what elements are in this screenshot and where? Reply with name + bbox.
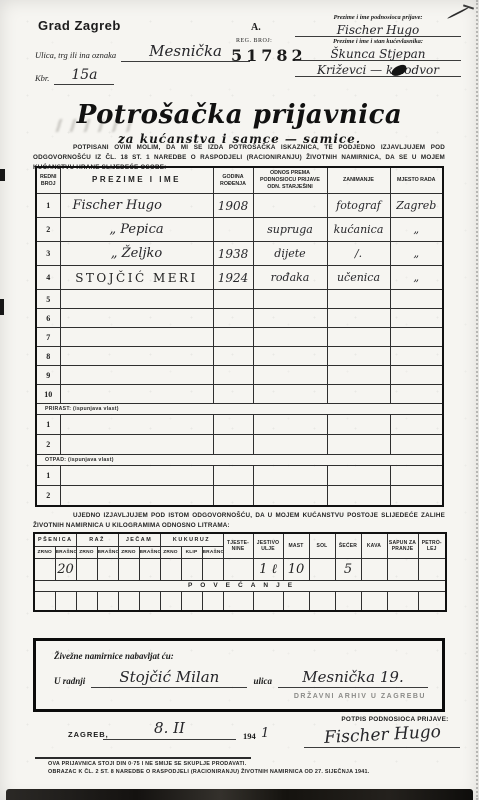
supplier-line1: Živežne namirnice nabavljat ću:	[54, 651, 174, 661]
increase-band: POVEĆANJE	[34, 580, 446, 591]
house-number-value: 15a	[71, 67, 97, 83]
table-row: 2	[36, 435, 443, 455]
supplier-street-value: Mesnička 19.	[302, 668, 403, 686]
scan-edge-mark	[0, 169, 5, 181]
supplier-street-label: ulica	[253, 676, 272, 688]
city-heading: Grad Zagreb	[38, 18, 121, 33]
supplier-street-field: Mesnička 19.	[278, 667, 428, 688]
col-kava: KAVA	[361, 533, 387, 558]
street-value: Mesnička	[149, 42, 222, 60]
table-row: 2 „ Pepica supruga kućanica „	[36, 218, 443, 242]
table-row: 3 „ Željko 1938 dijete /. „	[36, 242, 443, 266]
table-row: 8	[36, 347, 443, 366]
col-jestivo-ulje: JESTIVO ULJE	[253, 533, 283, 558]
applicant-name: Fischer Hugo	[337, 23, 420, 37]
table-row: 7	[36, 328, 443, 347]
col-group-raz: RAŽ	[76, 533, 118, 546]
col-header-birth-year: GODINA ROĐENJA	[213, 167, 253, 194]
landlord-address-field: Križevci — kolodvor	[295, 61, 461, 77]
supplier-box: Živežne namirnice nabavljat ću: U radnji…	[33, 638, 445, 712]
series-letter: A.	[251, 22, 261, 33]
shop-field: Stojčić Milan	[91, 667, 247, 688]
applicant-label: Prezime i ime podnosioca prijave:	[295, 14, 461, 21]
increase-label: POVEĆANJE	[34, 580, 446, 591]
date-value: 8. II	[154, 719, 185, 737]
otpad-band: OTPAD: (ispunjava vlast)	[36, 455, 443, 466]
col-header-workplace: MJESTO RADA	[390, 167, 443, 194]
table-row: 1 Fischer Hugo 1908 fotograf Zagreb	[36, 194, 443, 218]
signature-field: Fischer Hugo	[304, 720, 460, 748]
supplier-line2: U radnji Stojčić Milan ulica Mesnička 19…	[54, 667, 428, 688]
form-title: Potrošačka prijavnica	[0, 100, 479, 130]
landlord-name: Škunca Stjepan	[330, 47, 425, 61]
stock-values-row: 20 1 ℓ 10 5	[34, 558, 446, 580]
year-prefix: 194	[243, 731, 256, 741]
prirast-label: PRIRAST: (ispunjava vlast)	[36, 404, 443, 415]
scan-edge-mark	[0, 299, 4, 315]
col-tjestenine: TJESTE-NINE	[223, 533, 253, 558]
landlord-name-field: Škunca Stjepan	[295, 45, 461, 61]
shop-value: Stojčić Milan	[119, 668, 219, 686]
table-row: 10	[36, 385, 443, 404]
street-line: Ulica, trg ili ina oznaka Mesnička	[35, 43, 250, 62]
col-group-jecam: JEČAM	[118, 533, 160, 546]
date-field: 8. II	[103, 716, 236, 740]
table-row: 6	[36, 309, 443, 328]
col-header-occupation: ZANIMANJE	[327, 167, 390, 194]
col-header-name: PREZIME I IME	[60, 167, 213, 194]
archive-stamp: DRŽAVNI ARHIV U ZAGREBU	[294, 693, 426, 700]
col-header-relation: ODNOS PREMA PODNOSIOCU PRIJAVE ODN. STAR…	[253, 167, 327, 194]
col-header-num: REDNI BROJ	[36, 167, 60, 194]
landlord-label: Prezime i ime i stan kućevlasnika:	[295, 38, 461, 45]
stock-table: PŠENICA RAŽ JEČAM KUKURUZ TJESTE-NINE JE…	[33, 532, 447, 612]
footnote-2: OBRAZAC K ČL. 2 ST. 8 NAREDBE O RASPODJE…	[48, 769, 370, 775]
footnote-1: OVA PRIJAVNICA STOJI DIN 0·75 I NE SMIJE…	[48, 761, 246, 767]
col-sol: SOL	[309, 533, 335, 558]
reg-number-label: REG. BROJ:	[236, 38, 272, 44]
col-mast: MAST	[283, 533, 309, 558]
header-right-block: Prezime i ime podnosioca prijave: Fische…	[295, 13, 461, 77]
year-digit: 1	[261, 726, 269, 741]
table-row: 9	[36, 366, 443, 385]
otpad-label: OTPAD: (ispunjava vlast)	[36, 455, 443, 466]
col-group-kukuruz: KUKURUZ	[160, 533, 223, 546]
prirast-band: PRIRAST: (ispunjava vlast)	[36, 404, 443, 415]
stock-empty-row	[34, 591, 446, 611]
stock-header-groups: PŠENICA RAŽ JEČAM KUKURUZ TJESTE-NINE JE…	[34, 533, 446, 546]
table-row: 1	[36, 415, 443, 435]
footnote-rule	[35, 757, 251, 759]
house-number-line: Kbr. 15a	[35, 66, 135, 85]
table-row: 2	[36, 486, 443, 506]
col-petrolej: PETRO-LEJ	[418, 533, 446, 558]
shop-label: U radnji	[54, 676, 85, 688]
household-table: REDNI BROJ PREZIME I IME GODINA ROĐENJA …	[35, 166, 444, 507]
landlord-address: Križevci — kolodvor	[317, 63, 439, 77]
scan-bottom-edge	[6, 789, 473, 800]
house-number-field: 15a	[54, 66, 114, 85]
signature-value: Fischer Hugo	[323, 717, 441, 753]
col-group-psenica: PŠENICA	[34, 533, 76, 546]
declaration-paragraph-2: UJEDNO IZJAVLJUJEM POD ISTOM ODGOVORNOŠĆ…	[33, 511, 445, 531]
table-row: 5	[36, 290, 443, 309]
applicant-field: Fischer Hugo	[295, 21, 461, 37]
house-number-label: Kbr.	[35, 73, 49, 85]
street-label: Ulica, trg ili ina oznaka	[35, 50, 116, 62]
table-row: 1	[36, 466, 443, 486]
col-secer: ŠEĆER	[335, 533, 361, 558]
table-row: 4 STOJČIĆ MERI 1924 rođaka učenica „	[36, 266, 443, 290]
scanned-form-sheet: Grad Zagreb Ulica, trg ili ina oznaka Me…	[0, 0, 479, 800]
household-header-row: REDNI BROJ PREZIME I IME GODINA ROĐENJA …	[36, 167, 443, 194]
col-sapun: SAPUN ZA PRANJE	[387, 533, 418, 558]
